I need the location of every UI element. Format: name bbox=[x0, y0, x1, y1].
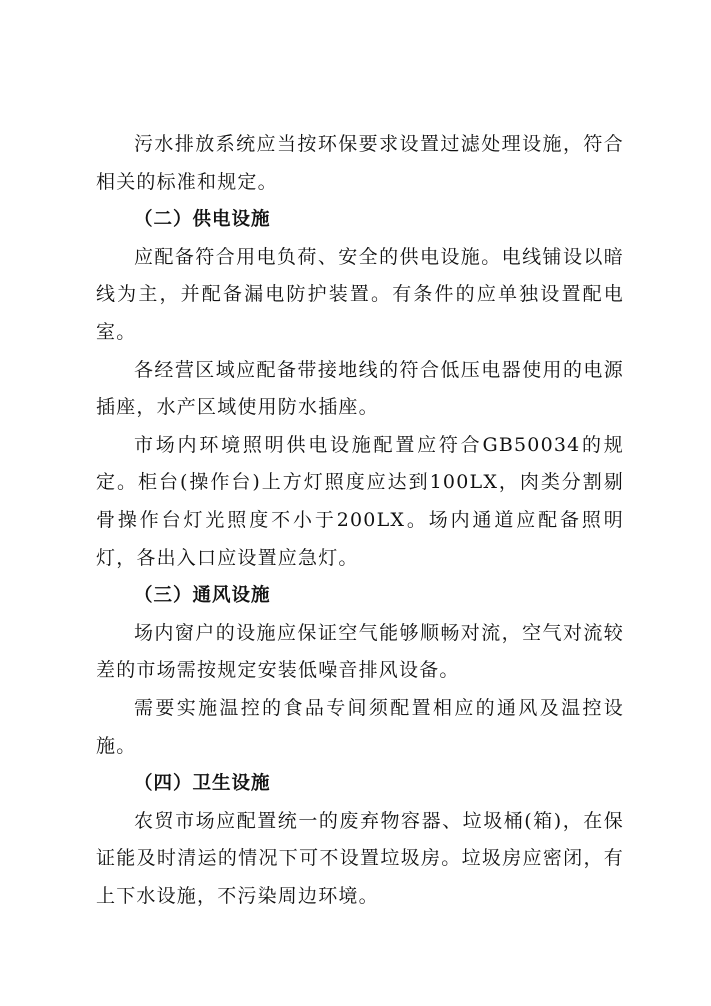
paragraph-waste: 农贸市场应配置统一的废弃物容器、垃圾桶(箱)，在保证能及时清运的情况下可不设置垃… bbox=[96, 803, 624, 916]
paragraph-windows: 场内窗户的设施应保证空气能够顺畅对流，空气对流较差的市场需按规定安装低噪音排风设… bbox=[96, 615, 624, 690]
paragraph-sewage: 污水排放系统应当按环保要求设置过滤处理设施，符合相关的标准和规定。 bbox=[96, 126, 624, 201]
paragraph-sockets: 各经营区域应配备带接地线的符合低压电器使用的电源插座，水产区域使用防水插座。 bbox=[96, 352, 624, 427]
heading-ventilation: （三）通风设施 bbox=[96, 577, 624, 615]
document-page: 污水排放系统应当按环保要求设置过滤处理设施，符合相关的标准和规定。 （二）供电设… bbox=[96, 126, 624, 915]
paragraph-lighting: 市场内环境照明供电设施配置应符合GB50034的规定。柜台(操作台)上方灯照度应… bbox=[96, 427, 624, 577]
heading-sanitation: （四）卫生设施 bbox=[96, 765, 624, 803]
heading-power-supply: （二）供电设施 bbox=[96, 201, 624, 239]
paragraph-temperature-control: 需要实施温控的食品专间须配置相应的通风及温控设施。 bbox=[96, 690, 624, 765]
paragraph-power-facilities: 应配备符合用电负荷、安全的供电设施。电线铺设以暗线为主，并配备漏电防护装置。有条… bbox=[96, 239, 624, 352]
